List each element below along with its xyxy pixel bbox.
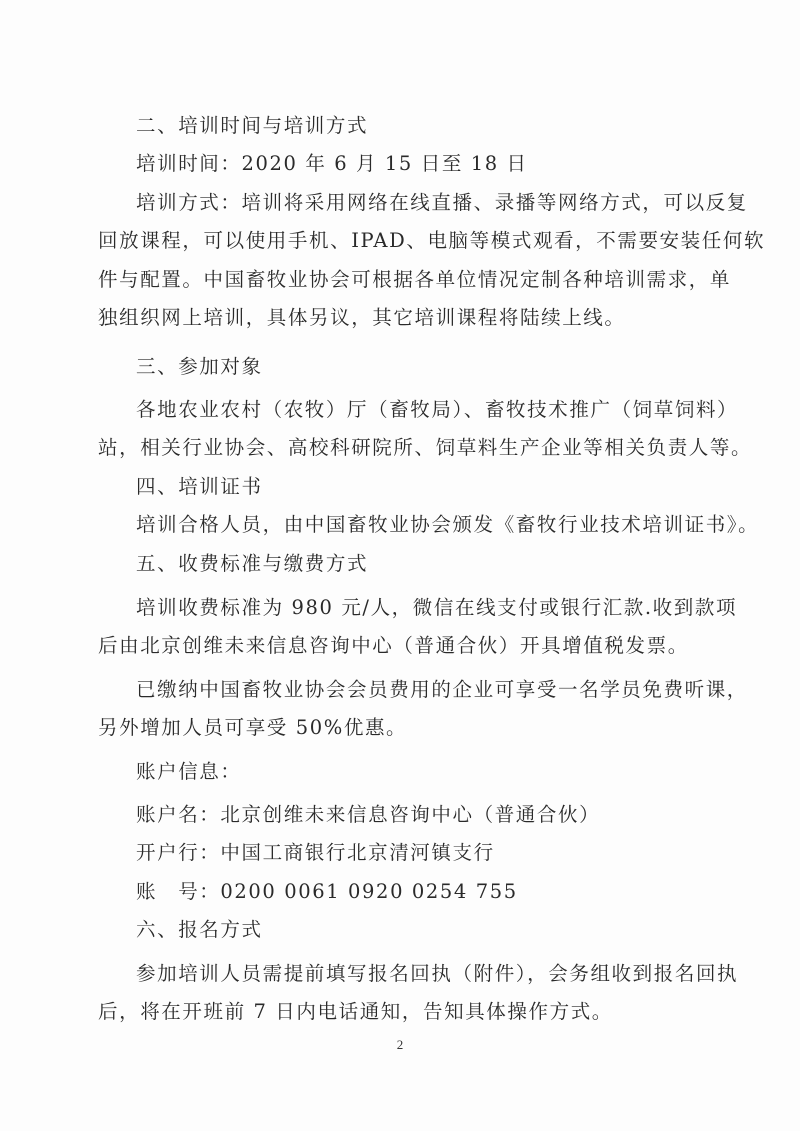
section-heading-certificate: 四、培训证书: [136, 475, 718, 499]
account-name-line: 账户名：北京创维未来信息咨询中心（普通合伙）: [136, 803, 718, 827]
section-heading-fees: 五、收费标准与缴费方式: [136, 552, 718, 576]
training-method-line-2: 回放课程，可以使用手机、IPAD、电脑等模式观看，不需要安装任何软: [98, 229, 718, 253]
member-discount-line-2: 另外增加人员可享受 50%优惠。: [98, 716, 718, 740]
account-bank-line: 开户行：中国工商银行北京清河镇支行: [136, 841, 718, 865]
fees-line-2: 后由北京创维未来信息咨询中心（普通合伙）开具增值税发票。: [98, 634, 718, 658]
member-discount-line-1: 已缴纳中国畜牧业协会会员费用的企业可享受一名学员免费听课，: [136, 678, 718, 702]
training-method-line-3: 件与配置。中国畜牧业协会可根据各单位情况定制各种培训需求，单: [98, 268, 718, 292]
registration-line-2: 后，将在开班前 7 日内电话通知，告知具体操作方式。: [98, 1000, 718, 1024]
account-info-label: 账户信息：: [136, 760, 718, 784]
training-method-line-4: 独组织网上培训，具体另议，其它培训课程将陆续上线。: [98, 306, 718, 330]
participants-line-1: 各地农业农村（农牧）厅（畜牧局）、畜牧技术推广（饲草饲料）: [136, 398, 718, 422]
section-heading-training-time-method: 二、培训时间与培训方式: [136, 114, 718, 138]
training-time-line: 培训时间：2020 年 6 月 15 日至 18 日: [136, 152, 718, 176]
training-method-line-1: 培训方式：培训将采用网络在线直播、录播等网络方式，可以反复: [136, 191, 718, 215]
registration-line-1: 参加培训人员需提前填写报名回执（附件），会务组收到报名回执: [136, 962, 718, 986]
page-number: 2: [0, 1037, 800, 1053]
section-heading-participants: 三、参加对象: [136, 355, 718, 379]
certificate-line: 培训合格人员，由中国畜牧业协会颁发《畜牧行业技术培训证书》。: [136, 513, 718, 537]
participants-line-2: 站，相关行业协会、高校科研院所、饲草料生产企业等相关负责人等。: [98, 436, 718, 460]
document-page: 二、培训时间与培训方式 培训时间：2020 年 6 月 15 日至 18 日 培…: [0, 0, 800, 1131]
fees-line-1: 培训收费标准为 980 元/人，微信在线支付或银行汇款.收到款项: [136, 596, 718, 620]
account-number-line: 账 号：0200 0061 0920 0254 755: [136, 880, 718, 904]
section-heading-registration: 六、报名方式: [136, 918, 718, 942]
